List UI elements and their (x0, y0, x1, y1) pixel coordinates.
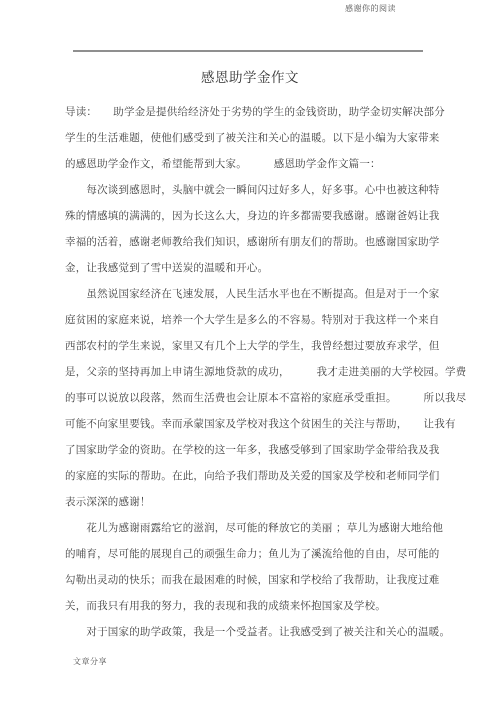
body-line: 的感恩助学金作文，希望能帮到大家。 感恩助学金作文篇一： (65, 151, 460, 177)
body-line: 可能不向家里要钱。幸而承蒙国家及学校对我这个贫困生的关注与帮助， 让我有 (65, 411, 460, 437)
body-line: 关，而我只有用我的努力，我的表现和我的成绩来怀抱国家及学校。 (65, 593, 460, 619)
body-line: 的哺育，尽可能的展现自己的顽强生命力；鱼儿为了溪流给他的自由，尽可能的 (65, 541, 460, 567)
body-line: 金，让我感觉到了雪中送炭的温暖和开心。 (65, 255, 460, 281)
body-line: 的家庭的实际的帮助。在此，向给予我们帮助及关爱的国家及学校和老师同学们 (65, 463, 460, 489)
essay-body: 导读： 助学金是提供给经济处于劣势的学生的金钱资助，助学金切实解决部分学生的生活… (65, 99, 460, 645)
reading-note: 感谢你的阅读 (345, 3, 396, 14)
body-line: 勾勒出灵动的快乐；而我在最困难的时候，国家和学校给了我帮助，让我度过难 (65, 567, 460, 593)
body-line: 导读： 助学金是提供给经济处于劣势的学生的金钱资助，助学金切实解决部分 (65, 99, 460, 125)
footer-note: 文章分享 (73, 656, 107, 667)
body-line: 花儿为感谢雨露给它的滋润，尽可能的释放它的美丽 ；草儿为感谢大地给他 (65, 515, 460, 541)
body-line: 是，父亲的坚持再加上申请生源地贷款的成功， 我才走进美丽的大学校园。学费 (65, 359, 460, 385)
body-line: 对于国家的助学政策，我是一个受益者。让我感受到了被关注和关心的温暖。 (65, 619, 460, 645)
body-line: 西部农村的学生来说，家里又有几个上大学的学生，我曾经想过要放弃求学，但 (65, 333, 460, 359)
page-title: 感恩助学金作文 (0, 66, 500, 86)
body-line: 了国家助学金的资助。在学校的这一年多，我感受够到了国家助学金带给我及我 (65, 437, 460, 463)
document-page: 感谢你的阅读 感恩助学金作文 导读： 助学金是提供给经济处于劣势的学生的金钱资助… (0, 0, 500, 708)
body-line: 的事可以说放以段落，然而生活费也会让原本不富裕的家庭承受重担。 所以我尽 (65, 385, 460, 411)
header-divider-line (73, 50, 423, 52)
body-line: 表示深深的感谢！ (65, 489, 460, 515)
body-line: 殊的情感填的满满的，因为长这么大，身边的许多都需要我感谢。感谢爸妈让我 (65, 203, 460, 229)
body-line: 每次谈到感恩时，头脑中就会一瞬间闪过好多人，好多事。心中也被这种特 (65, 177, 460, 203)
body-line: 庭贫困的家庭来说，培养一个大学生是多么的不容易。特别对于我这样一个来自 (65, 307, 460, 333)
body-line: 幸福的活着，感谢老师教给我们知识，感谢所有朋友们的帮助。也感谢国家助学 (65, 229, 460, 255)
body-line: 虽然说国家经济在飞速发展，人民生活水平也在不断提高。但是对于一个家 (65, 281, 460, 307)
body-line: 学生的生活难题，使他们感受到了被关注和关心的温暖。以下是小编为大家带来 (65, 125, 460, 151)
